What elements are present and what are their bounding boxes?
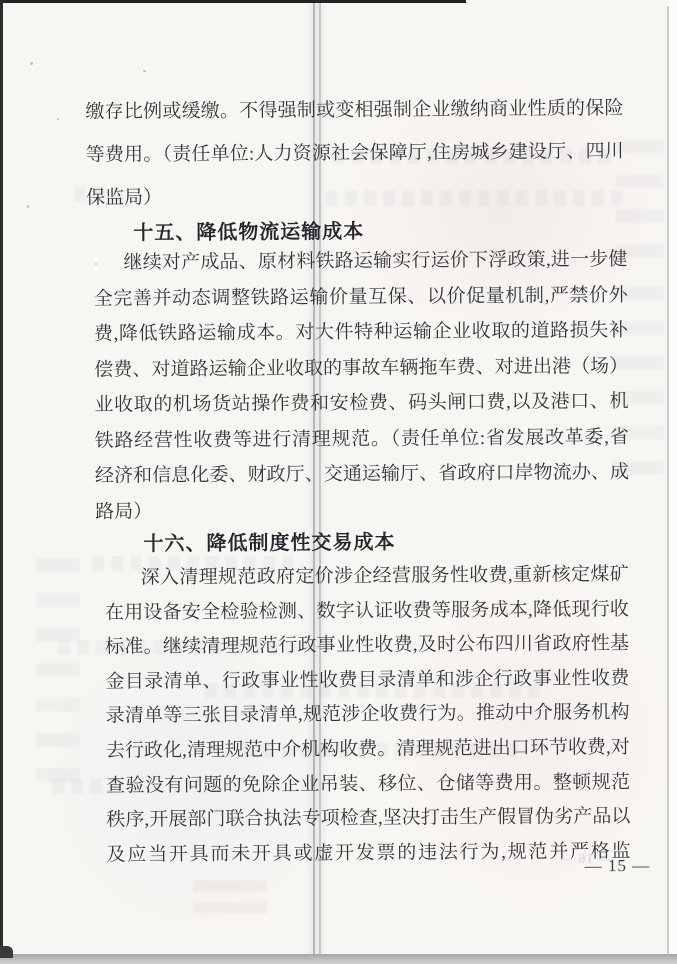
text-line: 保监局） bbox=[86, 173, 624, 220]
text-line: 等费用。（责任单位:人力资源社会保障厅,住房城乡建设厅、四川 bbox=[86, 130, 624, 177]
scan-edge-bottom bbox=[0, 954, 677, 964]
scanned-document-page: — 16 — 缴存比例或缓缴。不得强制或变相强制企业缴纳商业性质的保险 等费用。… bbox=[0, 0, 677, 964]
section-15-paragraph: 继续对产成品、原材料铁路运输实行运价下浮政策,进一步健 全完善并动态调整铁路运输… bbox=[93, 242, 629, 530]
text-line: 偿费、对道路运输企业收取的事故车辆拖车费、对进出港（场）企 bbox=[94, 348, 628, 387]
page-number: — 15 — bbox=[585, 856, 665, 877]
text-line: 铁路经营性收费等进行清理规范。（责任单位:省发展改革委,省 bbox=[95, 419, 629, 458]
scan-corner-shadow bbox=[0, 946, 13, 958]
paragraph-continuation: 缴存比例或缓缴。不得强制或变相强制企业缴纳商业性质的保险 等费用。（责任单位:人… bbox=[85, 87, 624, 220]
text-line: 及应当开具而未开具或虚开发票的违法行为,规范并严格监管“贴 bbox=[106, 835, 630, 873]
scan-edge-top bbox=[0, 0, 466, 3]
text-line: 费,降低铁路运输成本。对大件特种运输企业收取的道路损失补 bbox=[94, 313, 628, 352]
text-line: 去行政化,清理规范中介机构收费。清理规范进出口环节收费,对 bbox=[106, 731, 630, 769]
text-line: 标准。继续清理规范行政事业性收费,及时公布四川省政府性基 bbox=[105, 627, 629, 665]
section-16-paragraph: 深入清理规范政府定价涉企经营服务性收费,重新核定煤矿 在用设备安全检验检测、数字… bbox=[105, 558, 631, 873]
text-line: 在用设备安全检验检测、数字认证收费等服务成本,降低现行收费 bbox=[105, 593, 629, 631]
scan-margin bbox=[669, 0, 677, 964]
text-line: 业收取的机场货站操作费和安检费、码头闸口费,以及港口、机场、 bbox=[94, 384, 628, 423]
text-line: 继续对产成品、原材料铁路运输实行运价下浮政策,进一步健 bbox=[93, 242, 627, 281]
text-line: 金目录清单、行政事业性收费目录清单和涉企行政事业性收费目 bbox=[105, 662, 629, 700]
text-line: 秩序,开展部门联合执法专项检查,坚决打击生产假冒伪劣产品以 bbox=[106, 800, 630, 838]
section-16-heading: 十六、降低制度性交易成本 bbox=[143, 527, 463, 559]
text-line: 经济和信息化委、财政厅、交通运输厅、省政府口岸物流办、成都铁 bbox=[95, 455, 629, 494]
scan-edge-left bbox=[0, 0, 3, 956]
text-line: 深入清理规范政府定价涉企经营服务性收费,重新核定煤矿 bbox=[105, 558, 629, 596]
document-text-layer: 缴存比例或缓缴。不得强制或变相强制企业缴纳商业性质的保险 等费用。（责任单位:人… bbox=[0, 0, 677, 964]
text-line: 路局） bbox=[95, 490, 629, 529]
scan-edge-right bbox=[667, 6, 669, 954]
text-line: 缴存比例或缓缴。不得强制或变相强制企业缴纳商业性质的保险 bbox=[85, 87, 623, 134]
text-line: 全完善并动态调整铁路运输价量互保、以价促量机制,严禁价外收 bbox=[94, 277, 628, 316]
text-line: 查验没有问题的免除企业吊装、移位、仓储等费用。整顿规范市场 bbox=[106, 766, 630, 804]
text-line: 录清单等三张目录清单,规范涉企收费行为。推动中介服务机构 bbox=[106, 696, 630, 734]
